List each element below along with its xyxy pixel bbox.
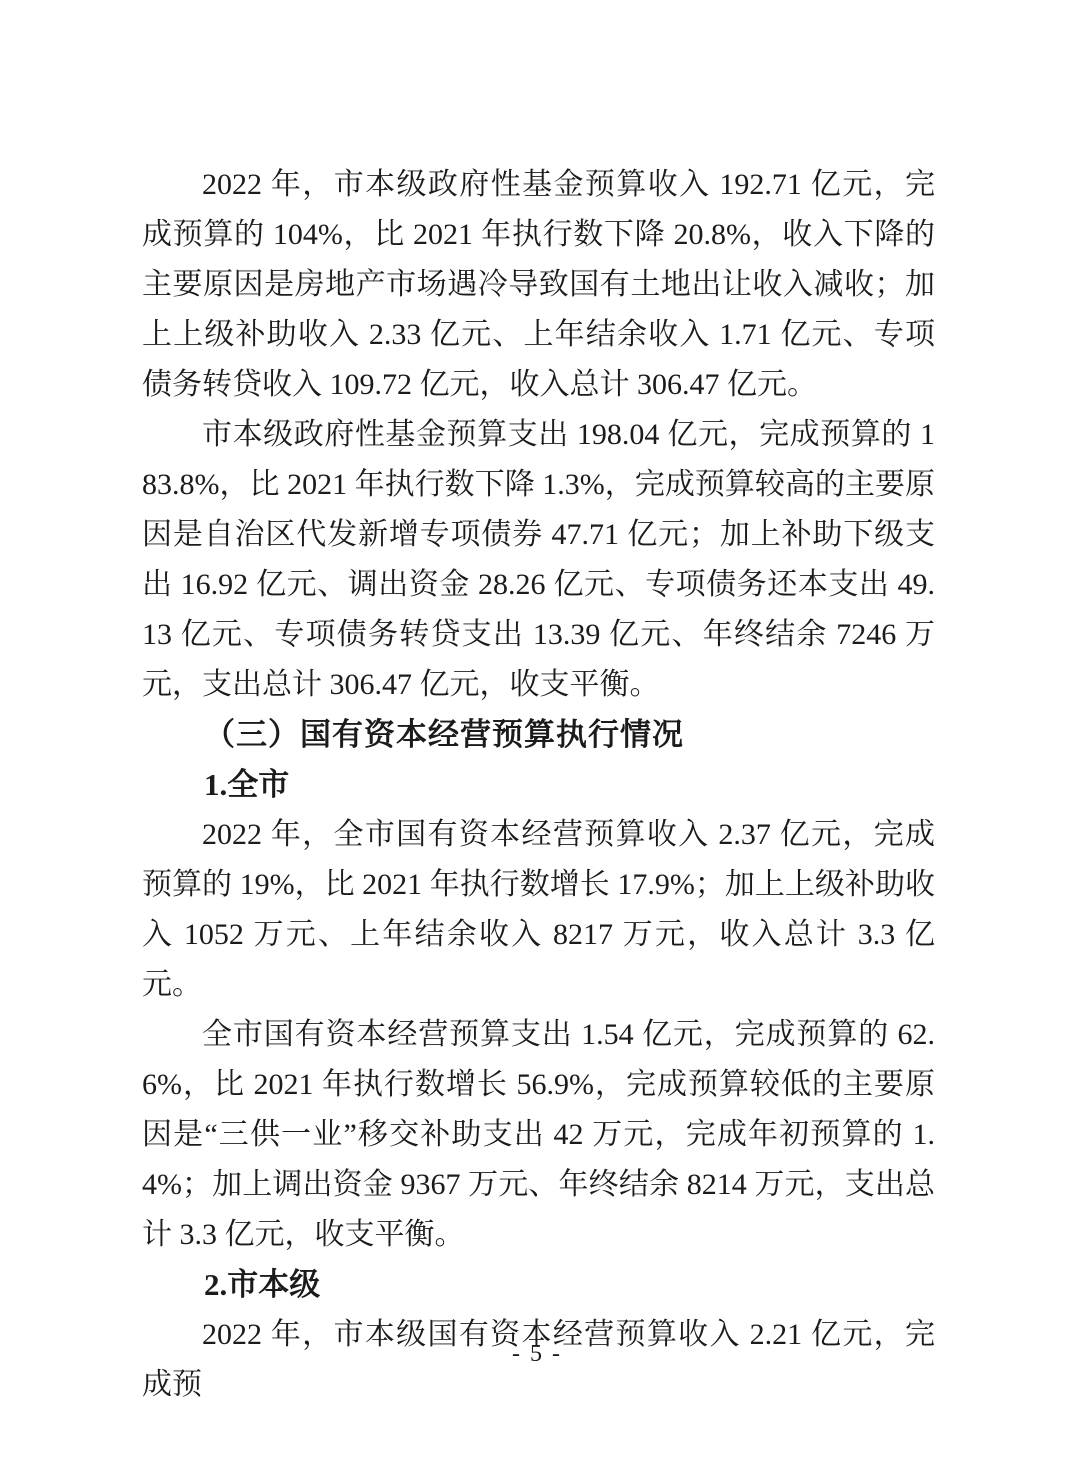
document-page: 2022 年，市本级政府性基金预算收入 192.71 亿元，完成预算的 104%… <box>0 0 1074 1484</box>
subsection-heading-municipal: 2.市本级 <box>142 1260 935 1310</box>
section-heading-state-capital-budget: （三）国有资本经营预算执行情况 <box>142 710 935 760</box>
paragraph-fund-budget-revenue: 2022 年，市本级政府性基金预算收入 192.71 亿元，完成预算的 104%… <box>142 160 935 410</box>
document-body: 2022 年，市本级政府性基金预算收入 192.71 亿元，完成预算的 104%… <box>142 160 935 1410</box>
paragraph-citywide-expenditure: 全市国有资本经营预算支出 1.54 亿元，完成预算的 62.6%，比 2021 … <box>142 1010 935 1260</box>
paragraph-citywide-revenue: 2022 年，全市国有资本经营预算收入 2.37 亿元，完成预算的 19%，比 … <box>142 810 935 1010</box>
page-number: - 5 - <box>0 1340 1074 1368</box>
paragraph-fund-budget-expenditure: 市本级政府性基金预算支出 198.04 亿元，完成预算的 183.8%，比 20… <box>142 410 935 710</box>
subsection-heading-citywide: 1.全市 <box>142 760 935 810</box>
